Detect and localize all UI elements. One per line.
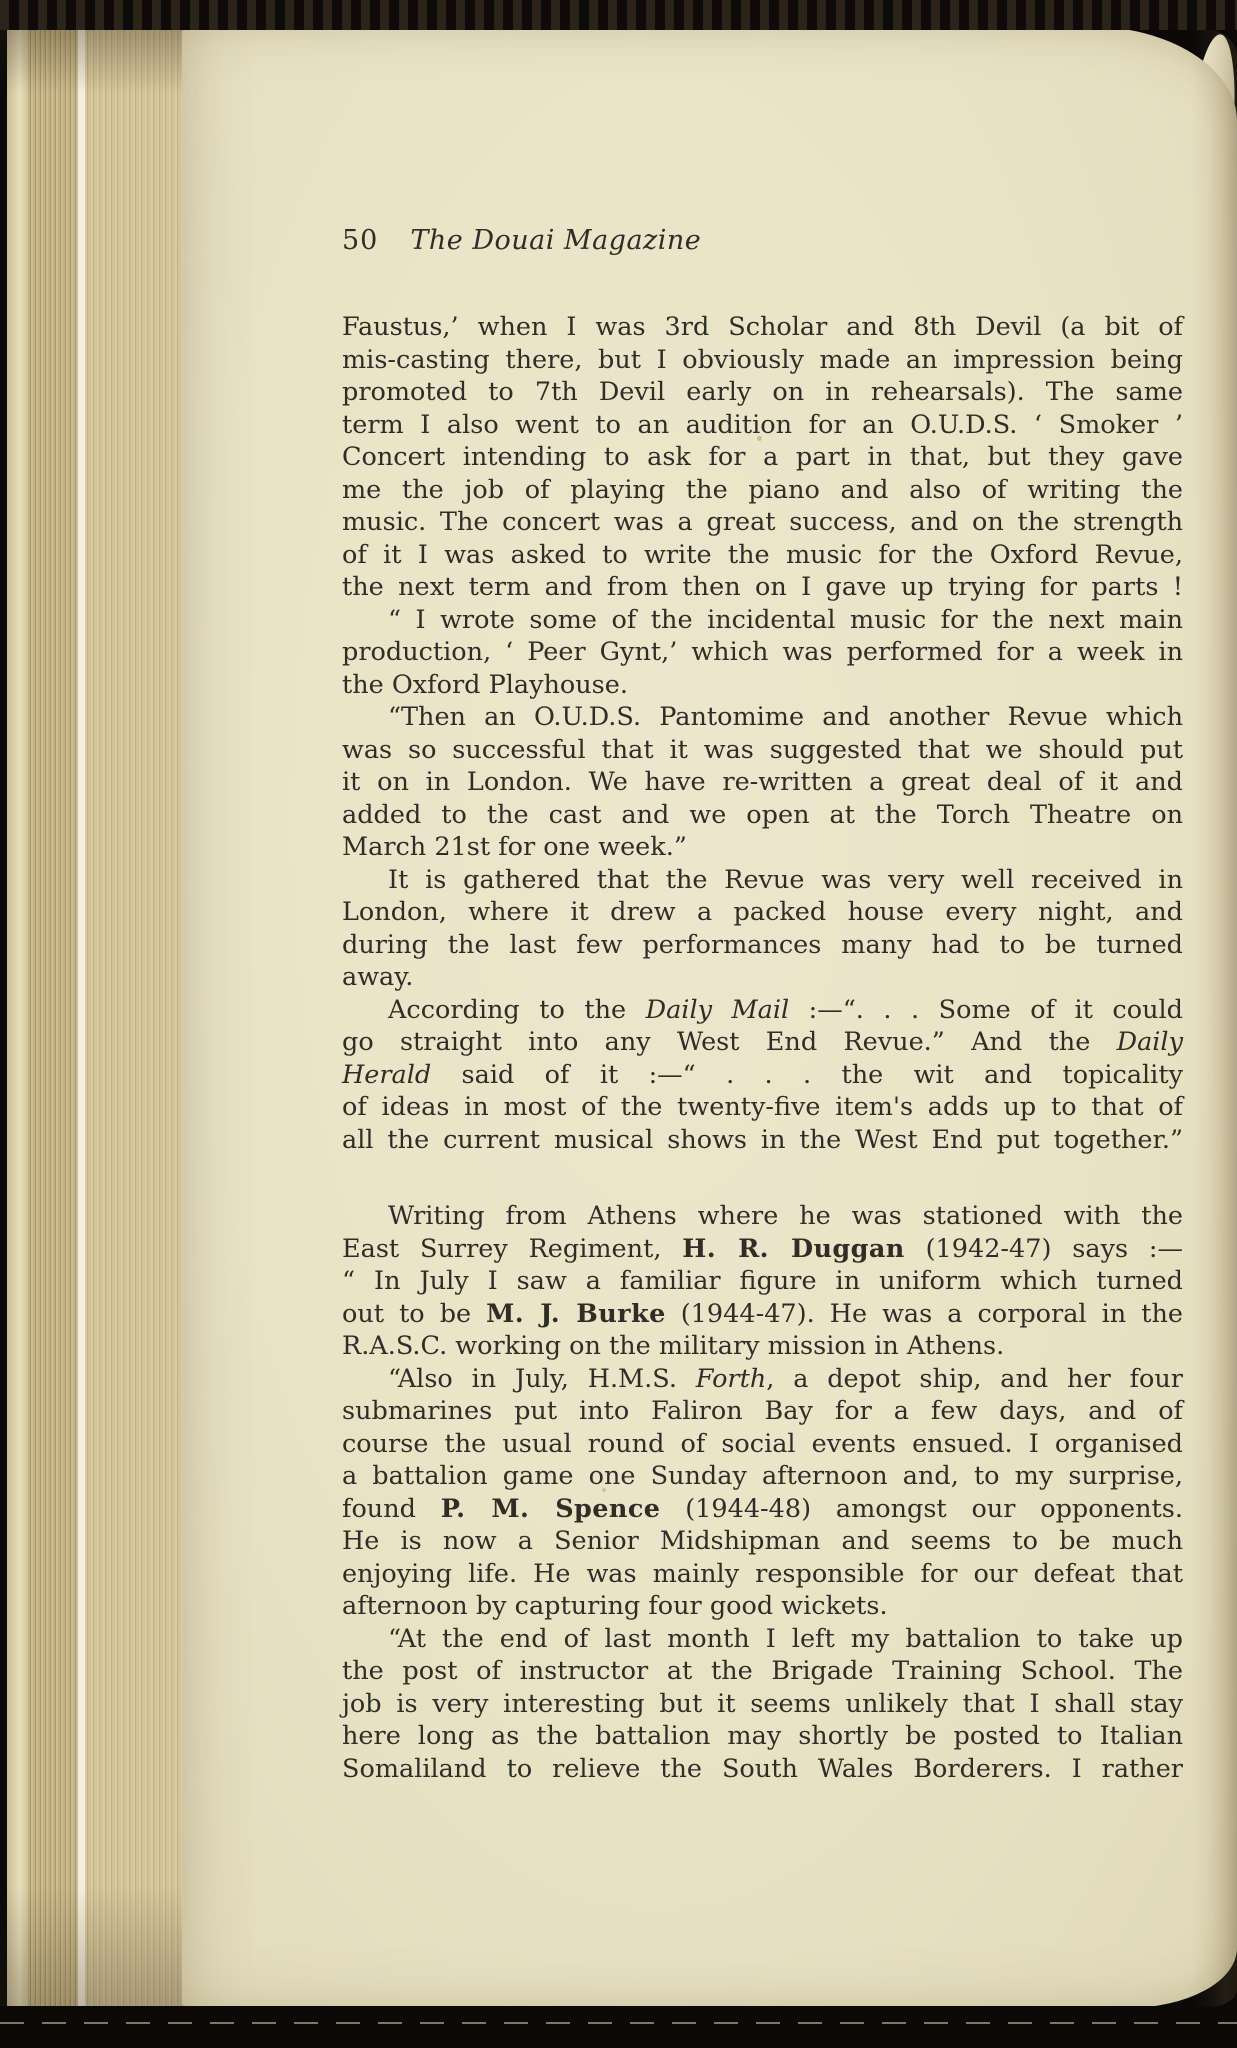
text-segment: added to the cast and we open at the Tor… (342, 800, 1183, 830)
text-line: was so successful that it was suggested … (342, 734, 1183, 767)
text-line: R.A.S.C. working on the military mission… (342, 1330, 1183, 1363)
text-segment: “Also in July, H.M.S. (388, 1364, 696, 1394)
text-line: It is gathered that the Revue was very w… (342, 864, 1183, 897)
text-segment: a battalion game one Sunday afternoon an… (342, 1461, 1183, 1491)
text-segment: :—“. . . Some of it could (789, 995, 1183, 1025)
text-line: Somaliland to relieve the South Wales Bo… (342, 1753, 1183, 1786)
text-segment: “At the end of last month I left my batt… (388, 1624, 1183, 1654)
book-binding-top (0, 0, 1237, 30)
text-line: Herald said of it :—“ . . . the wit and … (342, 1059, 1183, 1092)
text-line: music. The concert was a great success, … (342, 506, 1183, 539)
text-segment: R.A.S.C. working on the military mission… (342, 1331, 1004, 1361)
text-segment: It is gathered that the Revue was very w… (388, 865, 1183, 895)
text-line: submarines put into Faliron Bay for a fe… (342, 1395, 1183, 1428)
text-segment: Concert intending to ask for a part in t… (342, 442, 1183, 472)
page-number: 50 (342, 225, 378, 256)
text-line: the next term and from then on I gave up… (342, 571, 1183, 604)
book-page: 50The Douai Magazine Faustus,’ when I wa… (182, 26, 1237, 2008)
text-segment: (1942-47) says :— (905, 1234, 1183, 1264)
text-line: out to be M. J. Burke (1944-47). He was … (342, 1298, 1183, 1331)
paragraph: It is gathered that the Revue was very w… (342, 864, 1183, 994)
text-segment: According to the (388, 995, 646, 1025)
text-line: production, ‘ Peer Gynt,’ which was perf… (342, 636, 1183, 669)
text-segment: promoted to 7th Devil early on in rehear… (342, 377, 1183, 407)
text-line: Concert intending to ask for a part in t… (342, 441, 1183, 474)
text-segment: job is very interesting but it seems unl… (342, 1689, 1183, 1719)
text-line: He is now a Senior Midshipman and seems … (342, 1525, 1183, 1558)
text-line: term I also went to an audition for an O… (342, 409, 1183, 442)
text-segment: East Surrey Regiment, (342, 1234, 682, 1264)
text-line: “Then an O.U.D.S. Pantomime and another … (342, 701, 1183, 734)
text-segment: all the current musical shows in the Wes… (342, 1125, 1183, 1155)
text-segment: mis-casting there, but I obviously made … (342, 345, 1183, 375)
text-segment: found (342, 1494, 441, 1524)
paragraph: “Then an O.U.D.S. Pantomime and another … (342, 701, 1183, 864)
text-line: it on in London. We have re-written a gr… (342, 766, 1183, 799)
text-segment: away. (342, 962, 413, 992)
text-line: March 21st for one week.” (342, 831, 1183, 864)
paragraph: “Also in July, H.M.S. Forth, a depot shi… (342, 1363, 1183, 1623)
text-segment: H. R. Duggan (682, 1234, 904, 1264)
text-segment: M. J. Burke (486, 1299, 666, 1329)
text-line: Faustus,’ when I was 3rd Scholar and 8th… (342, 311, 1183, 344)
binding-stitch-seam (0, 2022, 1237, 2024)
paragraph: According to the Daily Mail :—“. . . Som… (342, 994, 1183, 1157)
text-segment: Faustus,’ when I was 3rd Scholar and 8th… (342, 312, 1183, 342)
text-segment: go straight into any West End Revue.” An… (342, 1027, 1117, 1057)
magazine-title: The Douai Magazine (410, 225, 701, 256)
text-segment: the next term and from then on I gave up… (342, 572, 1183, 602)
text-segment: production, ‘ Peer Gynt,’ which was perf… (342, 637, 1183, 667)
text-line: during the last few performances many ha… (342, 929, 1183, 962)
fore-edge-strip (85, 24, 182, 2008)
text-segment: London, where it drew a packed house eve… (342, 897, 1183, 927)
text-segment: Forth (696, 1364, 767, 1394)
paragraph: “At the end of last month I left my batt… (342, 1623, 1183, 1786)
paragraph: “ I wrote some of the incidental music f… (342, 604, 1183, 702)
text-segment: course the usual round of social events … (342, 1429, 1183, 1459)
text-segment: submarines put into Faliron Bay for a fe… (342, 1396, 1183, 1426)
text-line: According to the Daily Mail :—“. . . Som… (342, 994, 1183, 1027)
text-line: “ I wrote some of the incidental music f… (342, 604, 1183, 637)
fore-edge-strip (7, 24, 28, 2008)
text-segment: P. M. Spence (441, 1494, 661, 1524)
text-segment: music. The concert was a great success, … (342, 507, 1183, 537)
text-segment: of ideas in most of the twenty-five item… (342, 1092, 1183, 1122)
text-segment: the Oxford Playhouse. (342, 670, 628, 700)
paragraph: Writing from Athens where he was station… (342, 1200, 1183, 1363)
text-segment: me the job of playing the piano and also… (342, 475, 1183, 505)
text-line: London, where it drew a packed house eve… (342, 896, 1183, 929)
text-segment: Herald (342, 1060, 431, 1090)
text-line: found P. M. Spence (1944-48) amongst our… (342, 1493, 1183, 1526)
text-segment: March 21st for one week.” (342, 832, 687, 862)
text-line: here long as the battalion may shortly b… (342, 1720, 1183, 1753)
text-segment: Daily Mail (646, 995, 790, 1025)
page-header: 50The Douai Magazine (342, 224, 1183, 258)
text-line: mis-casting there, but I obviously made … (342, 344, 1183, 377)
text-line: job is very interesting but it seems unl… (342, 1688, 1183, 1721)
page-body: Faustus,’ when I was 3rd Scholar and 8th… (342, 311, 1183, 1785)
text-segment: Daily (1117, 1027, 1183, 1057)
book-fore-edge-pages (0, 24, 182, 2008)
text-segment: afternoon by capturing four good wickets… (342, 1591, 888, 1621)
text-line: the post of instructor at the Brigade Tr… (342, 1655, 1183, 1688)
text-segment: , a depot ship, and her four (766, 1364, 1183, 1394)
text-line: East Surrey Regiment, H. R. Duggan (1942… (342, 1233, 1183, 1266)
fore-edge-strip (78, 24, 85, 2008)
text-segment: was so successful that it was suggested … (342, 735, 1183, 765)
text-segment: (1944-47). He was a corporal in the (666, 1299, 1183, 1329)
book-binding-bottom (0, 2006, 1237, 2048)
text-segment: Somaliland to relieve the South Wales Bo… (342, 1754, 1183, 1784)
text-segment: (1944-48) amongst our opponents. (660, 1494, 1183, 1524)
book-scan-photo: 50The Douai Magazine Faustus,’ when I wa… (0, 0, 1237, 2048)
text-line: “Also in July, H.M.S. Forth, a depot shi… (342, 1363, 1183, 1396)
text-segment: out to be (342, 1299, 486, 1329)
text-line: go straight into any West End Revue.” An… (342, 1026, 1183, 1059)
text-line: added to the cast and we open at the Tor… (342, 799, 1183, 832)
paragraph: Faustus,’ when I was 3rd Scholar and 8th… (342, 311, 1183, 604)
text-line: Writing from Athens where he was station… (342, 1200, 1183, 1233)
text-segment: “ I wrote some of the incidental music f… (388, 605, 1183, 635)
text-segment: the post of instructor at the Brigade Tr… (342, 1656, 1183, 1686)
text-segment: here long as the battalion may shortly b… (342, 1721, 1183, 1751)
text-line: of it I was asked to write the music for… (342, 539, 1183, 572)
fore-edge-strip (28, 24, 78, 2008)
text-segment: it on in London. We have re-written a gr… (342, 767, 1183, 797)
text-line: me the job of playing the piano and also… (342, 474, 1183, 507)
page-content: 50The Douai Magazine Faustus,’ when I wa… (342, 26, 1183, 1785)
text-segment: Writing from Athens where he was station… (388, 1201, 1183, 1231)
text-line: away. (342, 961, 1183, 994)
text-line: “ In July I saw a familiar figure in uni… (342, 1265, 1183, 1298)
text-line: a battalion game one Sunday afternoon an… (342, 1460, 1183, 1493)
text-segment: “Then an O.U.D.S. Pantomime and another … (388, 702, 1183, 732)
text-line: promoted to 7th Devil early on in rehear… (342, 376, 1183, 409)
text-segment: of it I was asked to write the music for… (342, 540, 1183, 570)
text-line: course the usual round of social events … (342, 1428, 1183, 1461)
text-segment: during the last few performances many ha… (342, 930, 1183, 960)
text-segment: He is now a Senior Midshipman and seems … (342, 1526, 1183, 1556)
text-segment: term I also went to an audition for an O… (342, 410, 1183, 440)
text-line: afternoon by capturing four good wickets… (342, 1590, 1183, 1623)
text-line: “At the end of last month I left my batt… (342, 1623, 1183, 1656)
text-line: enjoying life. He was mainly responsible… (342, 1558, 1183, 1591)
text-line: of ideas in most of the twenty-five item… (342, 1091, 1183, 1124)
page-right-fold (1191, 26, 1237, 2008)
text-segment: said of it :—“ . . . the wit and topical… (431, 1060, 1183, 1090)
text-segment: enjoying life. He was mainly responsible… (342, 1559, 1183, 1589)
text-line: the Oxford Playhouse. (342, 669, 1183, 702)
text-line: all the current musical shows in the Wes… (342, 1124, 1183, 1157)
text-segment: “ In July I saw a familiar figure in uni… (342, 1266, 1183, 1296)
